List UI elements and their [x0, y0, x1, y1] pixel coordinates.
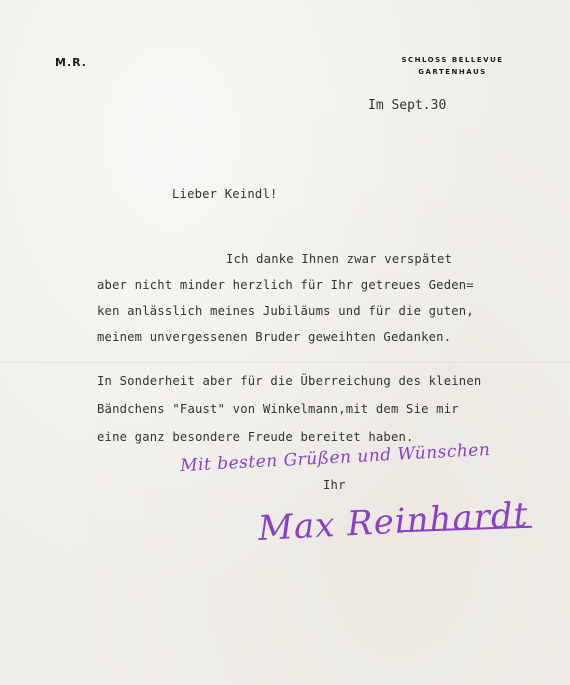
signature: Max Reinhardt: [257, 495, 529, 549]
body-line: Bändchens "Faust" von Winkelmann,mit dem…: [97, 402, 459, 416]
letterhead-address: SCHLOSS BELLEVUE GARTENHAUS: [390, 54, 515, 78]
letter-date: Im Sept.30: [368, 98, 446, 113]
letter-paper: M.R. SCHLOSS BELLEVUE GARTENHAUS Im Sept…: [0, 0, 570, 685]
body-line: meinem unvergessenen Bruder geweihten Ge…: [97, 330, 451, 344]
closing-typed: Ihr: [323, 478, 346, 492]
salutation: Lieber Keindl!: [172, 187, 278, 201]
address-line-2: GARTENHAUS: [390, 66, 515, 78]
body-line: aber nicht minder herzlich für Ihr getre…: [97, 278, 474, 292]
body-line: In Sonderheit aber für die Überreichung …: [97, 374, 481, 388]
address-line-1: SCHLOSS BELLEVUE: [390, 54, 515, 66]
body-line: ken anlässlich meines Jubiläums und für …: [97, 304, 474, 318]
handwritten-closing: Mit besten Grüßen und Wünschen: [180, 440, 491, 476]
letterhead-monogram: M.R.: [55, 56, 87, 69]
paper-fold-line: [0, 362, 570, 364]
body-line: Ich danke Ihnen zwar verspätet: [226, 252, 452, 266]
body-line: eine ganz besondere Freude bereitet habe…: [97, 430, 414, 444]
